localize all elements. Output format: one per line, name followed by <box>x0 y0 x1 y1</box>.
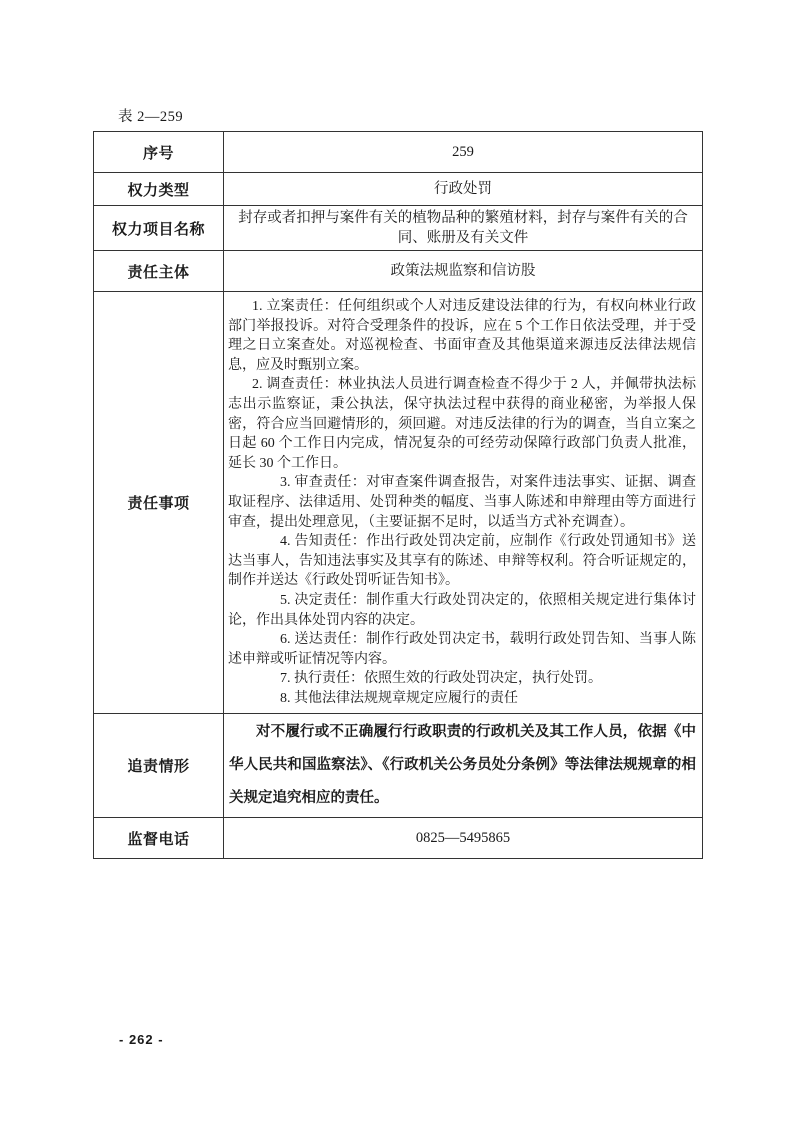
table-row-power-item-name: 权力项目名称 封存或者扣押与案件有关的植物品种的繁殖材料，封存与案件有关的合同、… <box>94 206 703 251</box>
row-value: 0825—5495865 <box>224 818 703 859</box>
page-number: - 262 - <box>119 1032 164 1047</box>
duty-item: 4. 告知责任：作出行政处罚决定前，应制作《行政处罚通知书》送达当事人，告知违法… <box>228 532 696 591</box>
row-value: 259 <box>224 132 703 173</box>
row-label: 序号 <box>94 132 224 173</box>
row-label: 权力项目名称 <box>94 206 224 251</box>
duty-item: 5. 决定责任：制作重大行政处罚决定的，依照相关规定进行集体讨论，作出具体处罚内… <box>228 591 696 630</box>
row-label: 追责情形 <box>94 714 224 818</box>
power-duty-table: 序号 259 权力类型 行政处罚 权力项目名称 封存或者扣押与案件有关的植物品种… <box>93 131 703 859</box>
row-label: 责任主体 <box>94 251 224 292</box>
row-value: 政策法规监察和信访股 <box>224 251 703 292</box>
duty-item: 7. 执行责任：依照生效的行政处罚决定，执行处罚。 <box>228 669 696 689</box>
accountability-text: 对不履行或不正确履行行政职责的行政机关及其工作人员，依据《中华人民共和国监察法》… <box>229 716 696 815</box>
duty-items-cell: 1. 立案责任：任何组织或个人对违反建设法律的行为，有权向林业行政部门举报投诉。… <box>224 292 703 714</box>
row-label: 责任事项 <box>94 292 224 714</box>
table-row-serial: 序号 259 <box>94 132 703 173</box>
duty-item: 2. 调查责任：林业执法人员进行调查检查不得少于 2 人，并佩带执法标志出示监察… <box>228 375 696 473</box>
duty-item: 8. 其他法律法规规章规定应履行的责任 <box>228 689 696 709</box>
row-label: 监督电话 <box>94 818 224 859</box>
duty-item: 6. 送达责任：制作行政处罚决定书，载明行政处罚告知、当事人陈述申辩或听证情况等… <box>228 630 696 669</box>
duty-item: 3. 审查责任：对审查案件调查报告，对案件违法事实、证据、调查取证程序、法律适用… <box>228 473 696 532</box>
row-value: 封存或者扣押与案件有关的植物品种的繁殖材料，封存与案件有关的合同、账册及有关文件 <box>224 206 703 251</box>
table-caption: 表 2—259 <box>118 105 183 126</box>
row-value: 行政处罚 <box>224 173 703 206</box>
table-row-power-type: 权力类型 行政处罚 <box>94 173 703 206</box>
accountability-cell: 对不履行或不正确履行行政职责的行政机关及其工作人员，依据《中华人民共和国监察法》… <box>224 714 703 818</box>
row-label: 权力类型 <box>94 173 224 206</box>
table-row-accountability: 追责情形 对不履行或不正确履行行政职责的行政机关及其工作人员，依据《中华人民共和… <box>94 714 703 818</box>
table-row-duty-items: 责任事项 1. 立案责任：任何组织或个人对违反建设法律的行为，有权向林业行政部门… <box>94 292 703 714</box>
table-row-responsible-body: 责任主体 政策法规监察和信访股 <box>94 251 703 292</box>
document-page: 表 2—259 序号 259 权力类型 行政处罚 权力项目名称 封存或者扣押与案… <box>0 0 793 1122</box>
table-row-supervision-phone: 监督电话 0825—5495865 <box>94 818 703 859</box>
duty-item: 1. 立案责任：任何组织或个人对违反建设法律的行为，有权向林业行政部门举报投诉。… <box>228 297 696 375</box>
